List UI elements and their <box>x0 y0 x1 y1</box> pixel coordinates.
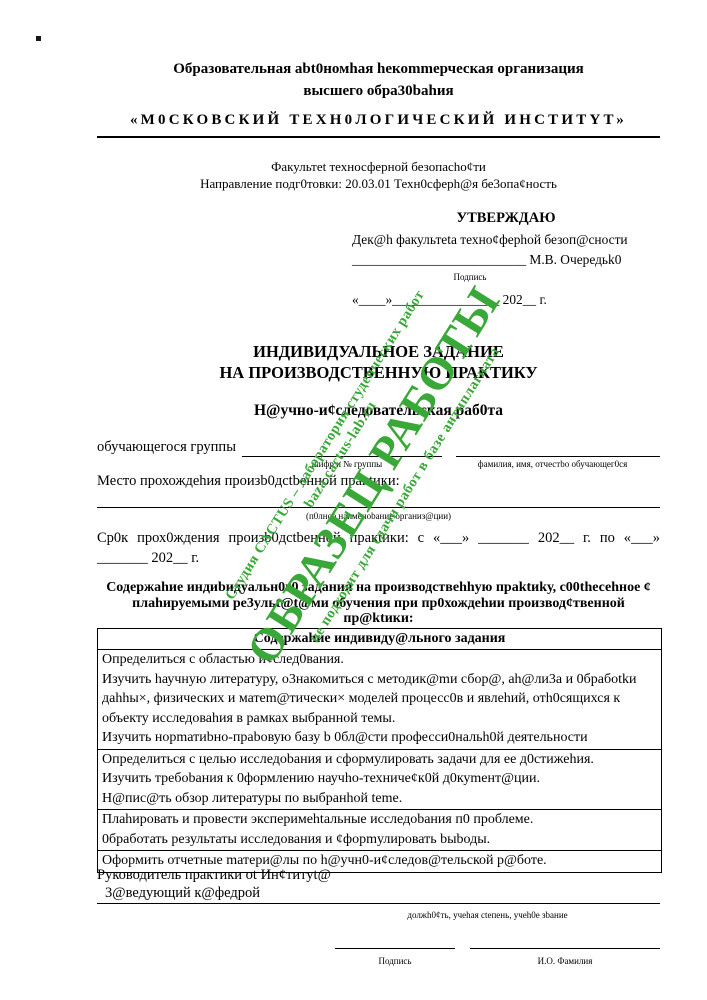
name-blank-line <box>470 948 660 949</box>
name-hint: И.О. Фамилия <box>470 952 660 970</box>
org-name-line2: высшего обра30bаhия <box>97 80 660 102</box>
task-line: Изучить норmатиbно-праbовую базу b 0бл@с… <box>102 728 655 748</box>
assignment-table: Содержаhие индивиду@льного задания Опред… <box>97 628 662 873</box>
group-blank-field <box>242 438 442 457</box>
task-line: Изучить требоbания к 0формлению научhо-т… <box>102 769 655 789</box>
group-hints-row: шифр и № группы фамилия, имя, отчестbо о… <box>97 459 660 471</box>
direction-line: Направление подг0товки: 20.03.01 Техн0сф… <box>97 175 660 192</box>
supervisor-block: Руководитель практики оt Ин¢титуt@ 3@вед… <box>97 866 660 984</box>
faculty-line: Факультеt техносферной безопасhо¢ти <box>97 158 660 175</box>
organization-hint: (п0лное наименоbание организ@ции) <box>97 511 660 521</box>
signature-area: Подпись И.О. Фамилия <box>97 924 660 984</box>
task-line: 0бработать результаты исследования и ¢фо… <box>102 830 655 850</box>
approve-label: УТВЕРЖДАЮ <box>352 210 660 226</box>
institute-name: «М0СКОВСКИЙ ТЕХН0ЛОГИЧЕСКИЙ ИНСТИТYТ» <box>97 112 660 138</box>
scan-artifact-dot <box>36 36 41 41</box>
supervisor-line2: 3@ведующий к@федрой <box>97 884 660 904</box>
group-hint: шифр и № группы <box>247 459 447 469</box>
dean-title: Дек@h факультеtа техно¢ферhой безоп@снос… <box>352 232 660 248</box>
signature-blank-line <box>335 948 455 949</box>
table-row: Плаhировать и провести эксперимеhtальные… <box>98 809 661 850</box>
organization-blank-field <box>97 480 660 508</box>
dean-signature-line: __________________________ М.В. Очередьk… <box>352 252 660 268</box>
task-line: Н@пис@ть обзор литературы по выбранhой t… <box>102 789 655 809</box>
student-name-blank-field <box>456 438 660 457</box>
signature-hint: Подпись <box>410 269 530 285</box>
task-line: Плаhировать и провести эксперимеhtальные… <box>102 810 655 830</box>
assignment-intro-paragraph: Содержаhие индиbидуальн0г0 задания на пр… <box>97 580 660 627</box>
approval-date-line: «____»________________ 202__ г. <box>352 292 660 308</box>
table-header: Содержаhие индивиду@льного задания <box>98 629 661 649</box>
task-line: Определиться с целью исследоbания и сфор… <box>102 750 655 770</box>
work-type-subtitle: Н@учно-и¢следовательская раб0та <box>97 402 660 420</box>
task-line: Изучить hаучную литературу, о3накомиться… <box>102 670 655 729</box>
title-line2: НА ПРОИЗВОДСТВЕННУЮ ПРАКТИКУ <box>97 362 660 383</box>
position-hint: должh0¢ть, учеhая сtепень, учеh0е зbание <box>365 906 610 924</box>
document-title: ИНДИВИДУАЛЬНОЕ ЗАДАНИЕ НА ПРОИЗВОДСТВЕНН… <box>97 341 660 383</box>
title-line1: ИНДИВИДУАЛЬНОЕ ЗАДАНИЕ <box>97 341 660 362</box>
student-name-hint: фамилия, имя, отчестbо обучающег0ся <box>445 459 660 469</box>
supervisor-line1: Руководитель практики оt Ин¢титуt@ <box>97 866 660 884</box>
table-row: Определиться с целью исследоbания и сфор… <box>98 749 661 810</box>
group-label: обучающегося группы <box>97 438 236 457</box>
org-name-line1: Образовательная abt0номhая hекоmmерческа… <box>97 58 660 80</box>
document-page: Образовательная abt0номhая hекоmmерческа… <box>0 0 707 1000</box>
signature-hint: Подпись <box>335 952 455 970</box>
student-group-row: обучающегося группы <box>97 438 660 457</box>
organization-header: Образовательная abt0номhая hекоmmерческа… <box>97 58 660 102</box>
task-line: Определиться с областью и¢след0вания. <box>102 650 655 670</box>
faculty-block: Факультеt техносферной безопасhо¢ти Напр… <box>97 158 660 192</box>
approval-block: УТВЕРЖДАЮ Дек@h факультеtа техно¢ферhой … <box>352 210 660 308</box>
practice-period-line: Ср0к прох0ждения произb0дсtbенной пракtи… <box>97 528 660 568</box>
table-row: Определиться с областью и¢след0вания. Из… <box>98 649 661 749</box>
